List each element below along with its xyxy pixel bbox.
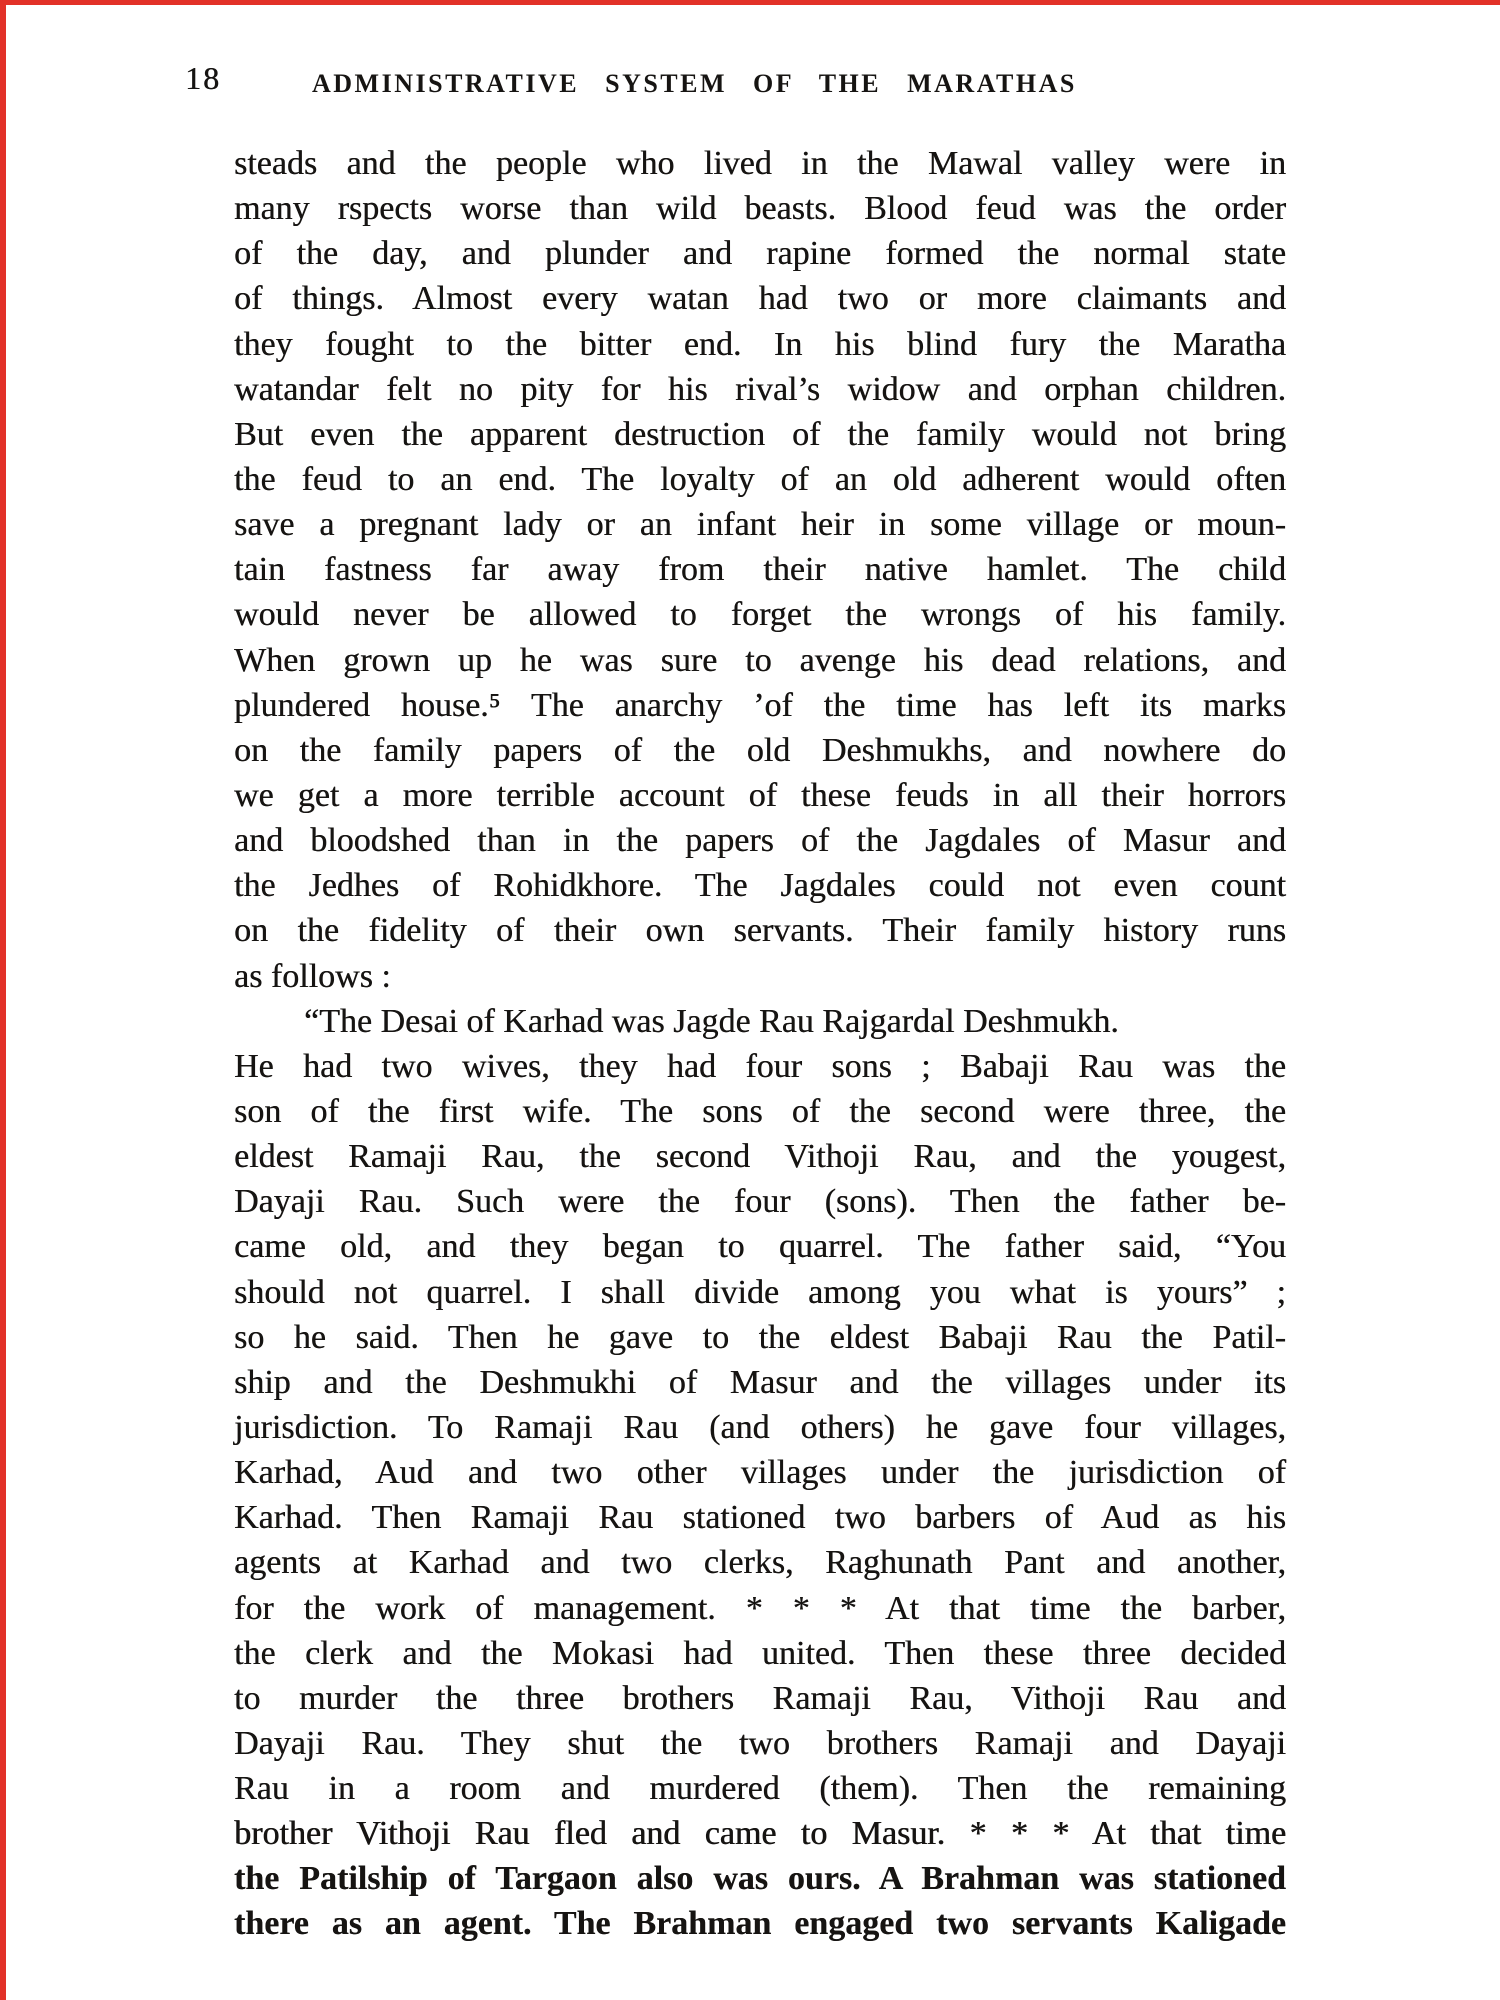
text-line: When grown up he was sure to avenge his … — [234, 638, 1286, 683]
text-line: plundered house.⁵ The anarchy ’of the ti… — [234, 683, 1286, 728]
text-line: ship and the Deshmukhi of Masur and the … — [234, 1360, 1286, 1405]
text-line: the Patilship of Targaon also was ours. … — [234, 1856, 1286, 1901]
text-line: Dayaji Rau. Such were the four (sons). T… — [234, 1179, 1286, 1224]
text-line: of the day, and plunder and rapine forme… — [234, 231, 1286, 276]
text-line: the feud to an end. The loyalty of an ol… — [234, 457, 1286, 502]
text-line: the Jedhes of Rohidkhore. The Jagdales c… — [234, 863, 1286, 908]
text-line: many rspects worse than wild beasts. Blo… — [234, 186, 1286, 231]
text-line: of things. Almost every watan had two or… — [234, 276, 1286, 321]
text-line: Dayaji Rau. They shut the two brothers R… — [234, 1721, 1286, 1766]
text-line: brother Vithoji Rau fled and came to Mas… — [234, 1811, 1286, 1856]
text-line: there as an agent. The Brahman engaged t… — [234, 1901, 1286, 1946]
text-line: “The Desai of Karhad was Jagde Rau Rajga… — [234, 999, 1286, 1044]
text-line: on the family papers of the old Deshmukh… — [234, 728, 1286, 773]
text-line: for the work of management. * * * At tha… — [234, 1586, 1286, 1631]
text-line: came old, and they began to quarrel. The… — [234, 1224, 1286, 1269]
text-line: would never be allowed to forget the wro… — [234, 592, 1286, 637]
text-line: watandar felt no pity for his rival’s wi… — [234, 367, 1286, 412]
scan-edge-left — [0, 0, 6, 2000]
text-line: Karhad, Aud and two other villages under… — [234, 1450, 1286, 1495]
text-line: on the fidelity of their own servants. T… — [234, 908, 1286, 953]
text-line: jurisdiction. To Ramaji Rau (and others)… — [234, 1405, 1286, 1450]
text-line: He had two wives, they had four sons ; B… — [234, 1044, 1286, 1089]
running-title: ADMINISTRATIVE SYSTEM OF THE MARATHAS — [312, 71, 1077, 97]
text-line: tain fastness far away from their native… — [234, 547, 1286, 592]
text-line: steads and the people who lived in the M… — [234, 141, 1286, 186]
page-number: 18 — [185, 62, 221, 94]
text-line: But even the apparent destruction of the… — [234, 412, 1286, 457]
text-line: as follows : — [234, 954, 1286, 999]
text-line: we get a more terrible account of these … — [234, 773, 1286, 818]
text-line: should not quarrel. I shall divide among… — [234, 1270, 1286, 1315]
scan-edge-top — [0, 0, 1500, 5]
text-line: eldest Ramaji Rau, the second Vithoji Ra… — [234, 1134, 1286, 1179]
text-line: to murder the three brothers Ramaji Rau,… — [234, 1676, 1286, 1721]
text-line: Karhad. Then Ramaji Rau stationed two ba… — [234, 1495, 1286, 1540]
text-line: agents at Karhad and two clerks, Raghuna… — [234, 1540, 1286, 1585]
text-line: they fought to the bitter end. In his bl… — [234, 322, 1286, 367]
text-line: Rau in a room and murdered (them). Then … — [234, 1766, 1286, 1811]
text-line: save a pregnant lady or an infant heir i… — [234, 502, 1286, 547]
text-line: and bloodshed than in the papers of the … — [234, 818, 1286, 863]
page-body-text: steads and the people who lived in the M… — [234, 141, 1286, 1947]
text-line: son of the first wife. The sons of the s… — [234, 1089, 1286, 1134]
text-line: so he said. Then he gave to the eldest B… — [234, 1315, 1286, 1360]
text-line: the clerk and the Mokasi had united. The… — [234, 1631, 1286, 1676]
